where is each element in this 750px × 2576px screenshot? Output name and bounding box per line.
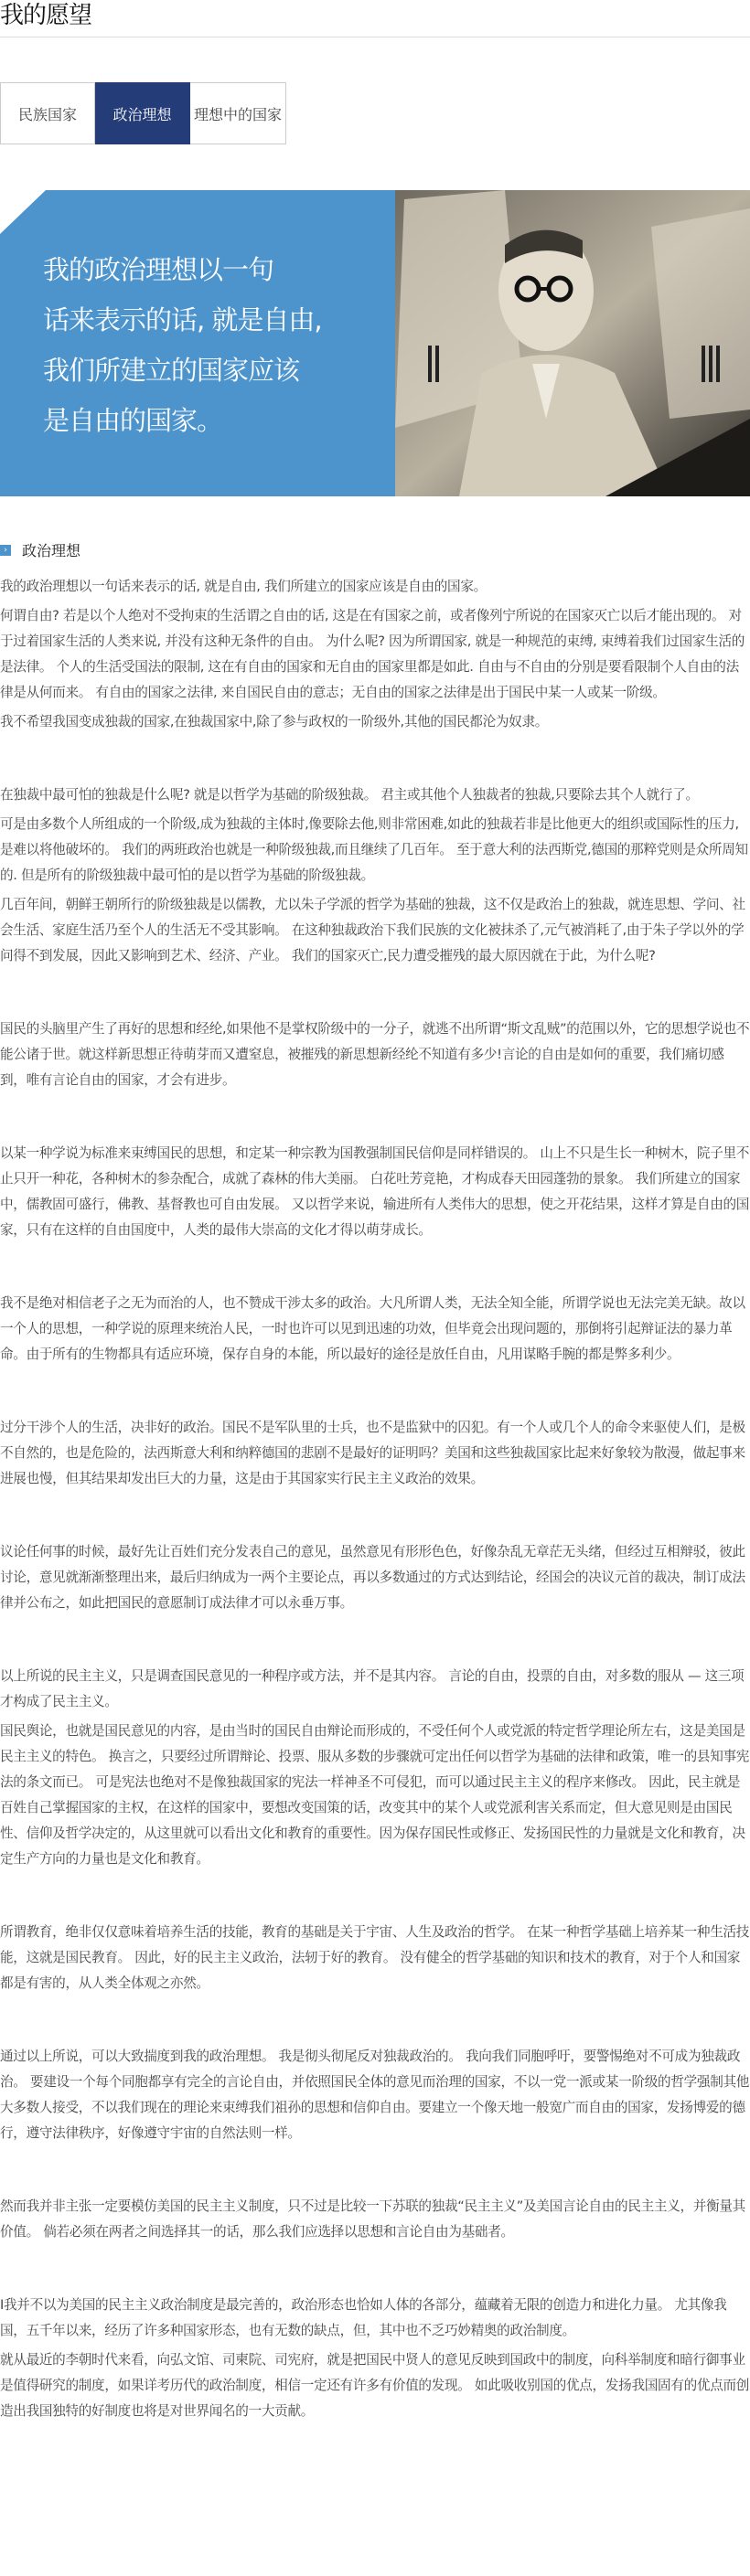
tab-nation[interactable]: 民族国家 xyxy=(0,82,95,144)
speaker-photo-icon xyxy=(395,190,750,496)
hero-quote-line: 是自由的国家。 xyxy=(43,396,354,446)
page-header: 我的愿望 xyxy=(0,0,750,37)
paragraph: 我的政治理想以一句话来表示的话, 就是自由, 我们所建立的国家应该是自由的国家。 xyxy=(0,574,750,600)
article-body: 我的政治理想以一句话来表示的话, 就是自由, 我们所建立的国家应该是自由的国家。… xyxy=(0,574,750,2428)
paragraph: 通过以上所说，可以大致揣度到我的政治理想。 我是彻头彻尾反对独裁政治的。 我向我… xyxy=(0,2044,750,2146)
paragraph: 几百年间，朝鲜王朝所行的阶级独裁是以儒教，尤以朱子学派的哲学为基础的独裁，这不仅… xyxy=(0,892,750,969)
paragraph: 议论任何事的时候，最好先让百姓们充分发表自己的意见，虽然意见有形形色色，好像杂乱… xyxy=(0,1539,750,1616)
section-title: 政治理想 xyxy=(22,539,80,560)
hero-quote-line: 我们所建立的国家应该 xyxy=(43,346,354,396)
paragraph: 以上所说的民主主义，只是调查国民意见的一种程序或方法，并不是其内容。 言论的自由… xyxy=(0,1664,750,1715)
tab-political-ideal[interactable]: 政治理想 xyxy=(95,82,190,144)
paragraph: 可是由多数个人所组成的一个阶级,成为独裁的主体时,像要除去他,则非常困难,如此的… xyxy=(0,812,750,889)
hero-quote-line: 话来表示的话, 就是自由, xyxy=(43,295,354,346)
paragraph: 国民舆论，也就是国民意见的内容，是由当时的国民自由辩论而形成的，不受任何个人或党… xyxy=(0,1719,750,1872)
hero-photo xyxy=(395,190,750,496)
paragraph: 过分干涉个人的生活，决非好的政治。国民不是军队里的士兵，也不是监狱中的囚犯。有一… xyxy=(0,1415,750,1492)
page-title: 我的愿望 xyxy=(0,2,91,29)
hero-quote-line: 我的政治理想以一句 xyxy=(43,245,354,295)
paragraph: 我不希望我国变成独裁的国家,在独裁国家中,除了参与政权的一阶级外,其他的国民都沦… xyxy=(0,709,750,735)
paragraph: 在独裁中最可怕的独裁是什么呢? 就是以哲学为基础的阶级独裁。 君主或其他个人独裁… xyxy=(0,782,750,808)
hero-quote-panel: 我的政治理想以一句 话来表示的话, 就是自由, 我们所建立的国家应该 是自由的国… xyxy=(0,190,395,496)
hero-quote: 我的政治理想以一句 话来表示的话, 就是自由, 我们所建立的国家应该 是自由的国… xyxy=(43,245,354,446)
tab-bar: 民族国家 政治理想 理想中的国家 xyxy=(0,82,286,144)
paragraph: I我并不以为美国的民主主义政治制度是最完善的，政治形态也恰如人体的各部分，蕴藏着… xyxy=(0,2293,750,2344)
section-heading: › 政治理想 xyxy=(0,539,80,560)
hero-banner: 我的政治理想以一句 话来表示的话, 就是自由, 我们所建立的国家应该 是自由的国… xyxy=(0,190,750,496)
paragraph: 何谓自由? 若是以个人绝对不受拘束的生活谓之自由的话, 这是在有国家之前，或者像… xyxy=(0,603,750,706)
paragraph: 就从最近的李朝时代来看，向弘文馆、司柬院、司宪府，就是把国民中贤人的意见反映到国… xyxy=(0,2347,750,2424)
paragraph: 然而我并非主张一定要模仿美国的民主主义制度，只不过是比较一下苏联的独裁“民主主义… xyxy=(0,2194,750,2245)
paragraph: 国民的头脑里产生了再好的思想和经纶,如果他不是掌权阶级中的一分子，就逃不出所谓“… xyxy=(0,1017,750,1093)
tab-ideal-nation[interactable]: 理想中的国家 xyxy=(190,82,286,144)
paragraph: 以某一种学说为标准来束缚国民的思想，和定某一种宗教为国教强制国民信仰是同样错误的… xyxy=(0,1141,750,1243)
paragraph: 所谓教育，绝非仅仅意味着培养生活的技能，教育的基础是关于宇宙、人生及政治的哲学。… xyxy=(0,1920,750,1996)
chevron-right-icon: › xyxy=(0,545,11,556)
paragraph: 我不是绝对相信老子之无为而治的人，也不赞成干涉太多的政治。大凡所谓人类，无法全知… xyxy=(0,1291,750,1368)
